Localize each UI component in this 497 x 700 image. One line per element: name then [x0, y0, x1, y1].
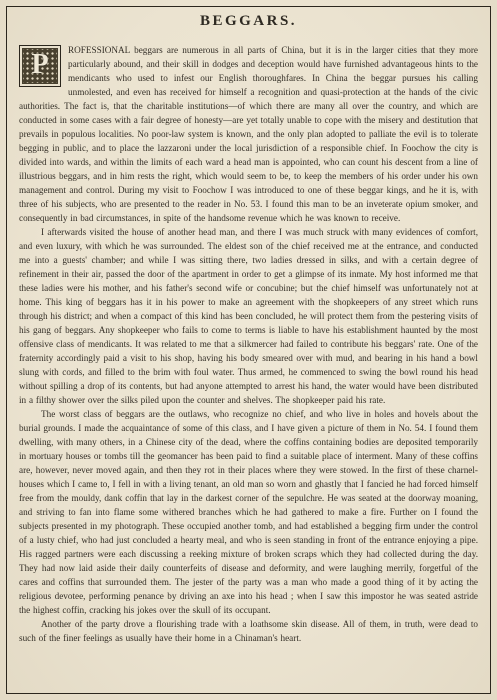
paragraph-2: I afterwards visited the house of anothe…: [19, 225, 478, 407]
paragraph-1: PROFESSIONAL beggars are numerous in all…: [19, 43, 478, 225]
drop-cap-initial: P: [19, 45, 61, 87]
page: BEGGARS. PROFESSIONAL beggars are numero…: [0, 0, 497, 700]
page-content: BEGGARS. PROFESSIONAL beggars are numero…: [19, 13, 478, 645]
paragraph-1-text: ROFESSIONAL beggars are numerous in all …: [19, 45, 478, 223]
paragraph-4: Another of the party drove a flourishing…: [19, 617, 478, 645]
page-title: BEGGARS.: [19, 13, 478, 30]
paragraph-3: The worst class of beggars are the outla…: [19, 407, 478, 617]
